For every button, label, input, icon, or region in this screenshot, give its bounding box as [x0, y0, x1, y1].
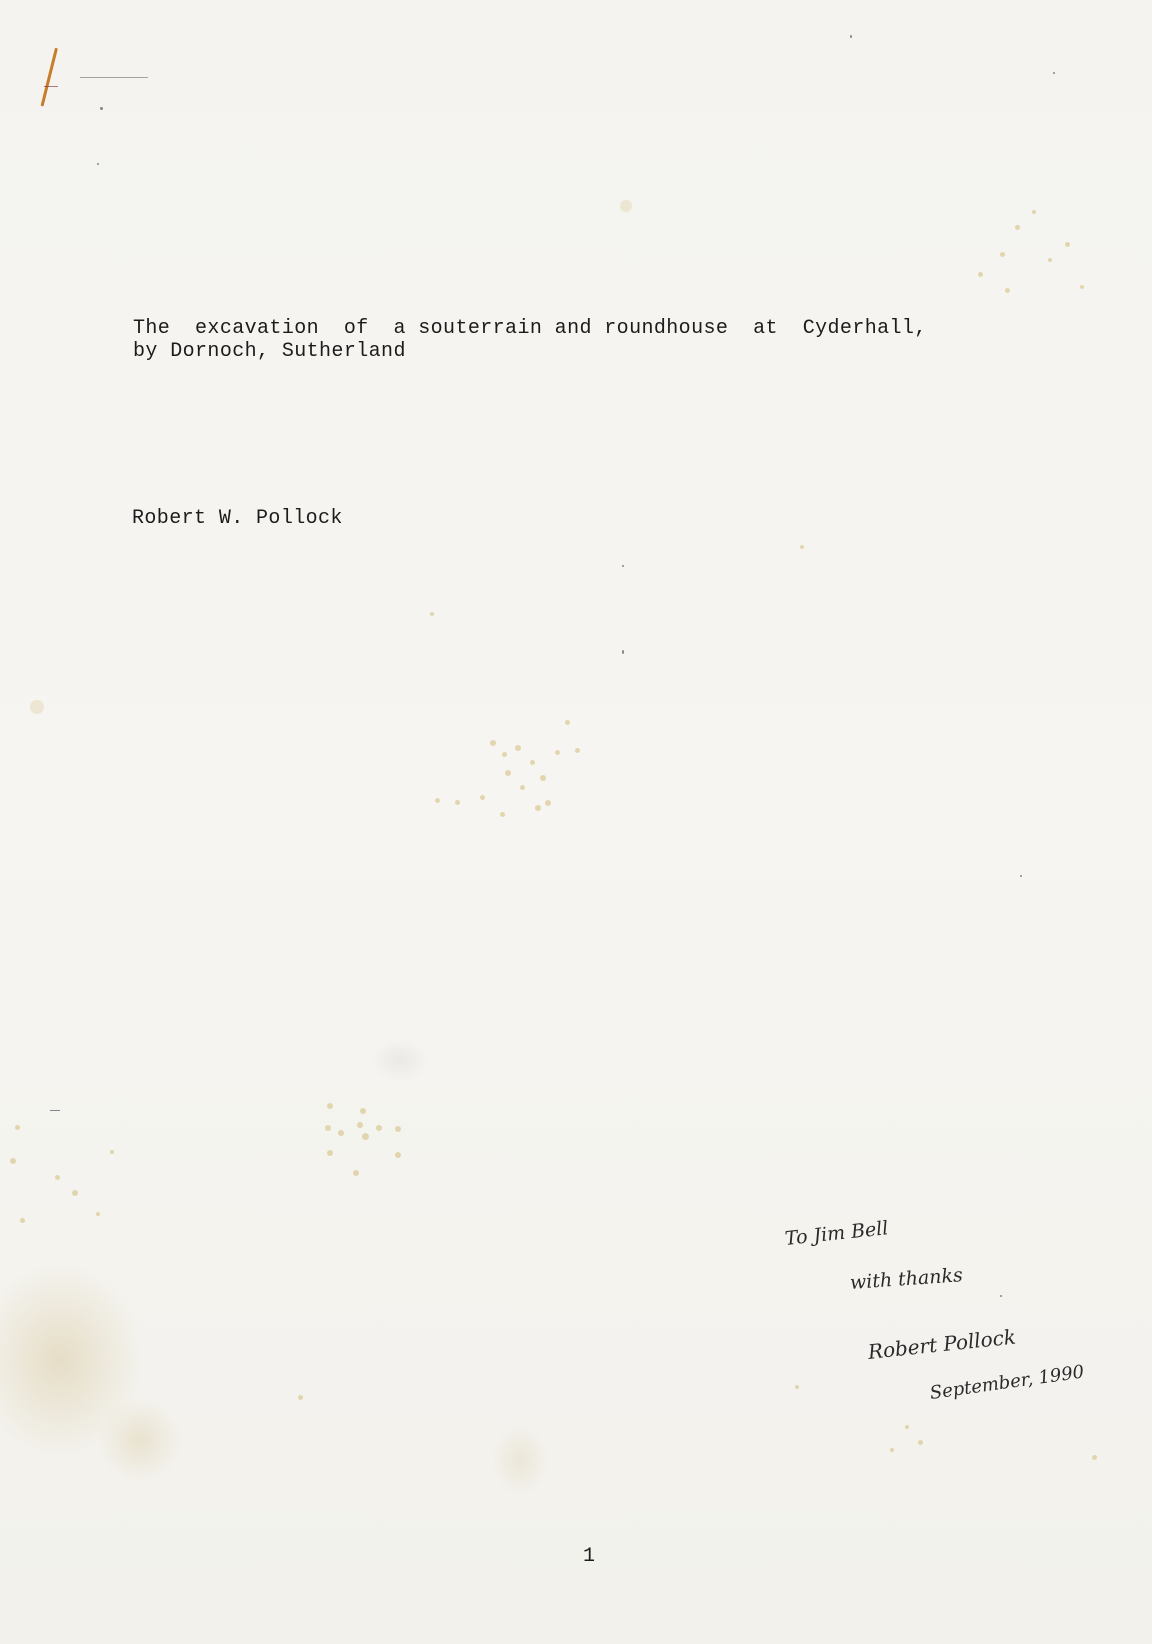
inscription-signature: Robert Pollock — [867, 1325, 1017, 1364]
author-name: Robert W. Pollock — [132, 507, 343, 530]
page-number: 1 — [583, 1545, 595, 1568]
margin-mark — [44, 86, 58, 87]
inscription-dedication: To Jim Bell — [784, 1217, 890, 1250]
document-title-line-2: by Dornoch, Sutherland — [133, 340, 406, 363]
inscription-date: September, 1990 — [929, 1361, 1086, 1403]
document-page: The excavation of a souterrain and round… — [0, 0, 1152, 1644]
staple-mark — [41, 48, 58, 107]
inscription-thanks: with thanks — [849, 1264, 963, 1294]
document-title-line-1: The excavation of a souterrain and round… — [133, 317, 927, 340]
margin-mark — [80, 77, 148, 78]
